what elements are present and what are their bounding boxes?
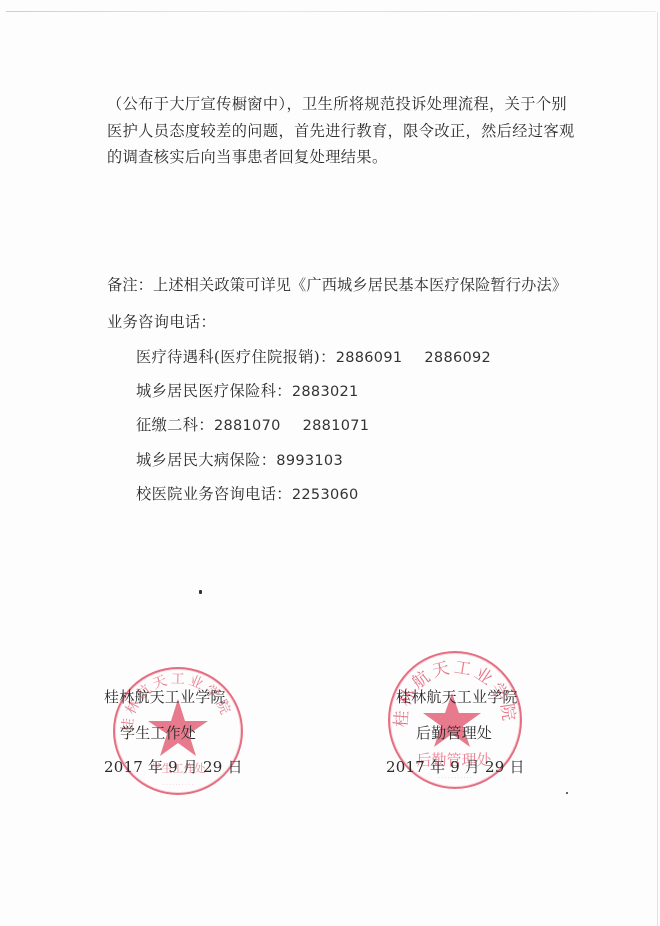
hotline-label: 城乡居民医疗保险科： [136,382,292,400]
hotline-item: 医疗待遇科(医疗住院报销)：28860912886092 [136,346,491,367]
hotline-label: 征缴二科： [136,416,214,434]
signature-dept: 后勤管理处 [416,722,492,743]
svg-text:· · · · · · · · · ·: · · · · · · · · · · [163,782,194,788]
policy-note: 备注：上述相关政策可详见《广西城乡居民基本医疗保险暂行办法》 [107,274,567,295]
hotline-item: 城乡居民大病保险：8993103 [136,449,343,470]
hotline-label: 校医院业务咨询电话： [136,485,292,503]
phone-number: 2886092 [424,350,491,366]
phone-number: 2883021 [292,384,359,400]
paragraph-line: 医护人员态度较差的问题，首先进行教育，限令改正，然后经过客观 [107,118,577,145]
phone-number: 8993103 [276,453,343,469]
hotline-item: 城乡居民医疗保险科：2883021 [136,380,359,401]
signature-org: 桂林航天工业学院 [396,686,518,707]
ink-speck [566,792,568,794]
scan-edge-line [6,11,656,12]
scan-right-edge [657,12,658,926]
signature-org: 桂林航天工业学院 [104,686,226,707]
signature-date: 2017 年 9 月 29 日 [104,756,243,777]
signature-date: 2017 年 9 月 29 日 [386,756,525,777]
hotline-label: 医疗待遇科(医疗住院报销)： [136,348,336,366]
ink-dot [199,590,202,594]
phone-number: 2881070 [214,418,281,434]
signature-dept: 学生工作处 [120,722,196,743]
phone-number: 2881071 [303,418,370,434]
paragraph-line: （公布于大厅宣传橱窗中），卫生所将规范投诉处理流程，关于个别 [107,91,577,118]
paragraph-line: 的调查核实后向当事患者回复处理结果。 [107,144,577,171]
hotline-item: 校医院业务咨询电话：2253060 [136,483,359,504]
hotline-title: 业务咨询电话： [107,311,216,332]
body-paragraph: （公布于大厅宣传橱窗中），卫生所将规范投诉处理流程，关于个别 医护人员态度较差的… [107,91,577,171]
phone-number: 2886091 [336,350,403,366]
phone-number: 2253060 [292,487,359,503]
hotline-label: 城乡居民大病保险： [136,451,276,469]
hotline-item: 征缴二科：28810702881071 [136,414,369,435]
